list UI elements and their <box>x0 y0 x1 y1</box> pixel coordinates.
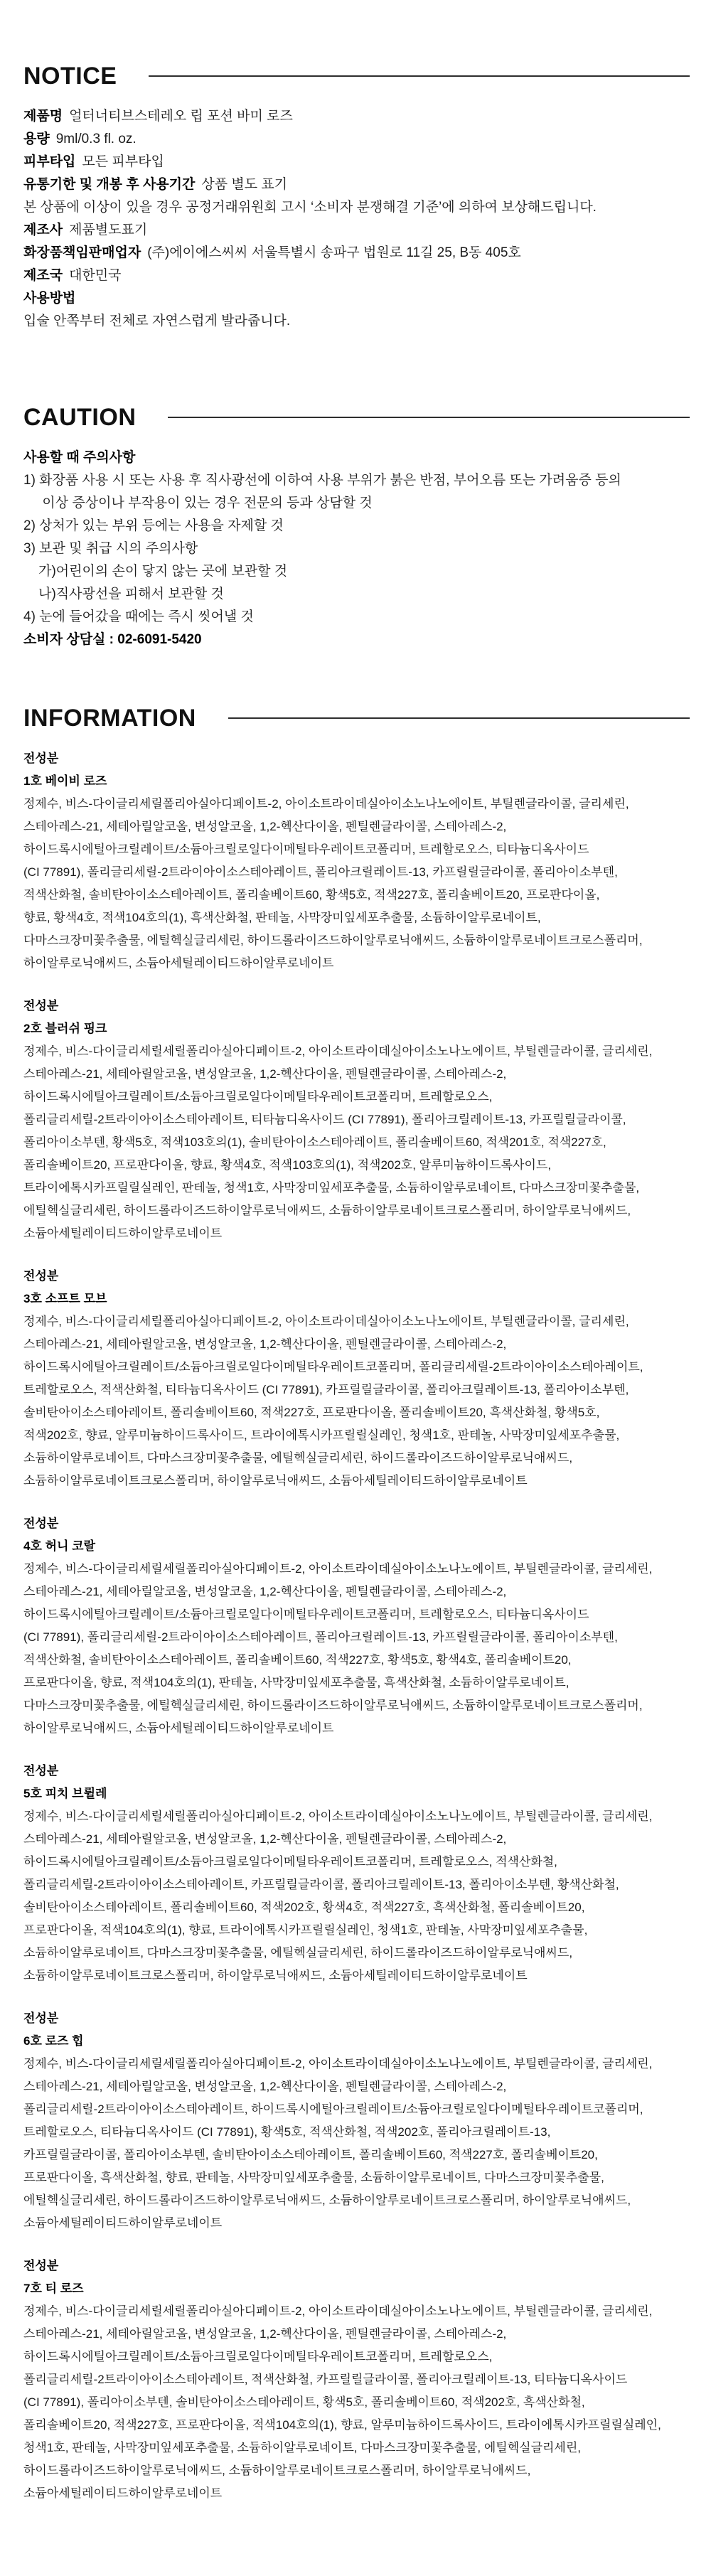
text-line: 정제수, 비스-다이글리세릴세릴폴리아실아디페이트-2, 아이소트라이데실아이소… <box>23 1805 690 1828</box>
notice-field: 유통기한 및 개봉 후 사용기간상품 별도 표기 <box>23 173 690 196</box>
text-line: 하이알루로닉애씨드, 소듐아세틸레이티드하이알루로네이트 <box>23 1717 690 1740</box>
field-label: 용량 <box>23 132 50 146</box>
text-line: 하이드록시에틸아크릴레이트/소듐아크릴로일다이메틸타우레이트코폴리머, 트레할로… <box>23 2346 690 2368</box>
text-line: 하이알루로닉애씨드, 소듐아세틸레이티드하이알루로네이트 <box>23 952 690 975</box>
ingredients-block: 전성분 2호 블러쉬 핑크 정제수, 비스-다이글리세릴세릴폴리아실아디페이트-… <box>23 995 690 1245</box>
caution-header: CAUTION <box>23 404 690 431</box>
text-line: 적색산화철, 솔비탄아이소스테아레이트, 폴리솔베이트60, 적색227호, 황… <box>23 1649 690 1672</box>
text-line: 소듐하이알루로네이트크로스폴리머, 하이알루로닉애씨드, 소듐아세틸레이티드하이… <box>23 1470 690 1492</box>
field-label: 제품명 <box>23 109 63 124</box>
text-line: 트레할로오스, 적색산화철, 티타늄디옥사이드 (CI 77891), 카프릴릴… <box>23 1379 690 1401</box>
caution-section: CAUTION 사용할 때 주의사항 1) 화장품 사용 시 또는 사용 후 직… <box>23 404 690 651</box>
ingredients-block: 전성분 7호 티 로즈 정제수, 비스-다이글리세릴세릴폴리아실아디페이트-2,… <box>23 2255 690 2505</box>
ingredients-block: 전성분 3호 소프트 모브 정제수, 비스-다이글리세릴폴리아실아디페이트-2,… <box>23 1265 690 1492</box>
text-line: 3) 보관 및 취급 시의 주의사항 <box>23 538 690 560</box>
text-line: 하이드록시에틸아크릴레이트/소듐아크릴로일다이메틸타우레이트코폴리머, 트레할로… <box>23 1086 690 1108</box>
text-line: 나)직사광선을 피해서 보관할 것 <box>23 583 690 606</box>
ingredients-subtitle: 전성분 <box>23 1265 690 1288</box>
field-value: 모든 피부타입 <box>82 154 164 169</box>
product-shade-name: 1호 베이비 로즈 <box>23 770 690 793</box>
notice-field: 제품명얼터너티브스테레오 립 포션 바미 로즈 <box>23 105 690 128</box>
text-line: 폴리글리세릴-2트라이아이소스테아레이트, 하이드록시에틸아크릴레이트/소듐아크… <box>23 2098 690 2121</box>
ingredients-text: 정제수, 비스-다이글리세릴세릴폴리아실아디페이트-2, 아이소트라이데실아이소… <box>23 1805 690 1987</box>
text-line: 정제수, 비스-다이글리세릴세릴폴리아실아디페이트-2, 아이소트라이데실아이소… <box>23 1040 690 1063</box>
text-line: 소듐하이알루로네이트, 다마스크장미꽃추출물, 에틸헥실글리세린, 하이드롤라이… <box>23 1447 690 1470</box>
ingredients-subtitle: 전성분 <box>23 1512 690 1535</box>
field-label: 제조국 <box>23 268 63 283</box>
information-section: INFORMATION 전성분 1호 베이비 로즈 정제수, 비스-다이글리세릴… <box>23 705 690 2505</box>
text-line: 하이드록시에틸아크릴레이트/소듐아크릴로일다이메틸타우레이트코폴리머, 폴리글리… <box>23 1356 690 1379</box>
text-line: 카프릴릴글라이콜, 폴리아이소부텐, 솔비탄아이소스테아레이트, 폴리솔베이트6… <box>23 2144 690 2166</box>
text-line: 폴리아이소부텐, 황색5호, 적색103호의(1), 솔비탄아이소스테아레이트,… <box>23 1131 690 1154</box>
text-line: 가)어린이의 손이 닿지 않는 곳에 보관할 것 <box>23 560 690 583</box>
text-line: (CI 77891), 폴리글리세릴-2트라이아이소스테아레이트, 폴리아크릴레… <box>23 1626 690 1649</box>
heading-rule <box>149 75 690 77</box>
text-line: 프로판다이올, 적색104호의(1), 향료, 트라이에톡시카프릴릴실레인, 청… <box>23 1919 690 1942</box>
text-line: 하이드록시에틸아크릴레이트/소듐아크릴로일다이메틸타우레이트코폴리머, 트레할로… <box>23 1851 690 1874</box>
notice-heading: NOTICE <box>23 63 117 90</box>
field-value: 본 상품에 이상이 있을 경우 공정거래위원회 고시 ‘소비자 분쟁해결 기준’… <box>23 200 597 215</box>
text-line: 하이드롤라이즈드하이알루로닉애씨드, 소듐하이알루로네이트크로스폴리머, 하이알… <box>23 2459 690 2482</box>
field-value: 제품별도표기 <box>69 223 147 237</box>
text-line: 청색1호, 판테놀, 사막장미잎세포추출물, 소듐하이알루로네이트, 다마스크장… <box>23 2437 690 2459</box>
text-line: 소듐아세틸레이티드하이알루로네이트 <box>23 2482 690 2505</box>
text-line: 정제수, 비스-다이글리세릴세릴폴리아실아디페이트-2, 아이소트라이데실아이소… <box>23 2300 690 2323</box>
ingredients-text: 정제수, 비스-다이글리세릴세릴폴리아실아디페이트-2, 아이소트라이데실아이소… <box>23 1558 690 1740</box>
field-value: 입술 안쪽부터 전체로 자연스럽게 발라줍니다. <box>23 314 290 328</box>
product-shade-name: 7호 티 로즈 <box>23 2277 690 2300</box>
ingredients-subtitle: 전성분 <box>23 2255 690 2277</box>
ingredients-text: 정제수, 비스-다이글리세릴폴리아실아디페이트-2, 아이소트라이데실아이소노나… <box>23 793 690 975</box>
field-value: 얼터너티브스테레오 립 포션 바미 로즈 <box>69 109 293 124</box>
text-line: 폴리글리세릴-2트라이아이소스테아레이트, 티타늄디옥사이드 (CI 77891… <box>23 1108 690 1131</box>
text-line: 이상 증상이나 부작용이 있는 경우 전문의 등과 상담할 것 <box>23 492 690 515</box>
text-line: 프로판다이올, 흑색산화철, 향료, 판테놀, 사막장미잎세포추출물, 소듐하이… <box>23 2166 690 2189</box>
product-shade-name: 5호 피치 브륄레 <box>23 1783 690 1805</box>
notice-header: NOTICE <box>23 63 690 90</box>
text-line: 솔비탄아이소스테아레이트, 폴리솔베이트60, 적색227호, 프로판다이올, … <box>23 1401 690 1424</box>
field-label: 유통기한 및 개봉 후 사용기간 <box>23 177 195 192</box>
text-line: 프로판다이올, 향료, 적색104호의(1), 판테놀, 사막장미잎세포추출물,… <box>23 1672 690 1694</box>
text-line: 소듐아세틸레이티드하이알루로네이트 <box>23 1222 690 1245</box>
text-line: 스테아레스-21, 세테아릴알코올, 변성알코올, 1,2-헥산다이올, 펜틸렌… <box>23 2323 690 2346</box>
ingredients-subtitle: 전성분 <box>23 995 690 1017</box>
text-line: 소듐아세틸레이티드하이알루로네이트 <box>23 2212 690 2235</box>
text-line: (CI 77891), 폴리글리세릴-2트라이아이소스테아레이트, 폴리아크릴레… <box>23 861 690 884</box>
text-line: 스테아레스-21, 세테아릴알코올, 변성알코올, 1,2-헥산다이올, 펜틸렌… <box>23 2075 690 2098</box>
text-line: 폴리글리세릴-2트라이아이소스테아레이트, 카프릴릴글라이콜, 폴리아크릴레이트… <box>23 1874 690 1896</box>
caution-lines: 1) 화장품 사용 시 또는 사용 후 직사광선에 이하여 사용 부위가 붉은 … <box>23 469 690 629</box>
text-line: 2) 상처가 있는 부위 등에는 사용을 자제할 것 <box>23 515 690 538</box>
product-shade-name: 3호 소프트 모브 <box>23 1288 690 1310</box>
ingredients-block: 전성분 1호 베이비 로즈 정제수, 비스-다이글리세릴폴리아실아디페이트-2,… <box>23 747 690 975</box>
text-line: 폴리솔베이트20, 적색227호, 프로판다이올, 적색104호의(1), 향료… <box>23 2414 690 2437</box>
ingredients-text: 정제수, 비스-다이글리세릴폴리아실아디페이트-2, 아이소트라이데실아이소노나… <box>23 1310 690 1492</box>
text-line: 트레할로오스, 티타늄디옥사이드 (CI 77891), 황색5호, 적색산화철… <box>23 2121 690 2144</box>
text-line: 향료, 황색4호, 적색104호의(1), 흑색산화철, 판테놀, 사막장미잎세… <box>23 907 690 929</box>
text-line: 트라이에톡시카프릴릴실레인, 판테놀, 청색1호, 사막장미잎세포추출물, 소듐… <box>23 1177 690 1199</box>
field-label: 화장품책임판매업자 <box>23 245 141 260</box>
text-line: 스테아레스-21, 세테아릴알코올, 변성알코올, 1,2-헥산다이올, 펜틸렌… <box>23 1828 690 1851</box>
field-label: 사용방법 <box>23 291 75 306</box>
ingredients-text: 정제수, 비스-다이글리세릴세릴폴리아실아디페이트-2, 아이소트라이데실아이소… <box>23 2053 690 2235</box>
text-line: 다마스크장미꽃추출물, 에틸헥실글리세린, 하이드롤라이즈드하이알루로닉애씨드,… <box>23 1694 690 1717</box>
product-shade-name: 4호 허니 코랄 <box>23 1535 690 1558</box>
text-line: 소듐하이알루로네이트크로스폴리머, 하이알루로닉애씨드, 소듐아세틸레이티드하이… <box>23 1965 690 1987</box>
text-line: 정제수, 비스-다이글리세릴세릴폴리아실아디페이트-2, 아이소트라이데실아이소… <box>23 1558 690 1581</box>
field-value: 상품 별도 표기 <box>201 177 287 192</box>
notice-field: 제조사제품별도표기 <box>23 219 690 242</box>
notice-field: 입술 안쪽부터 전체로 자연스럽게 발라줍니다. <box>23 310 690 333</box>
ingredients-text: 정제수, 비스-다이글리세릴세릴폴리아실아디페이트-2, 아이소트라이데실아이소… <box>23 2300 690 2505</box>
text-line: 적색산화철, 솔비탄아이소스테아레이트, 폴리솔베이트60, 황색5호, 적색2… <box>23 884 690 907</box>
text-line: 스테아레스-21, 세테아릴알코올, 변성알코올, 1,2-헥산다이올, 펜틸렌… <box>23 1063 690 1086</box>
text-line: 4) 눈에 들어갔을 때에는 즉시 씻어낼 것 <box>23 606 690 629</box>
notice-field: 용량9ml/0.3 fl. oz. <box>23 128 690 151</box>
information-heading: INFORMATION <box>23 705 196 732</box>
text-line: 솔비탄아이소스테아레이트, 폴리솔베이트60, 적색202호, 황색4호, 적색… <box>23 1896 690 1919</box>
notice-field: 본 상품에 이상이 있을 경우 공정거래위원회 고시 ‘소비자 분쟁해결 기준’… <box>23 196 690 219</box>
text-line: 스테아레스-21, 세테아릴알코올, 변성알코올, 1,2-헥산다이올, 펜틸렌… <box>23 1333 690 1356</box>
product-shade-name: 6호 로즈 힙 <box>23 2030 690 2053</box>
notice-field: 화장품책임판매업자(주)에이에스씨씨 서울특별시 송파구 법원로 11길 25,… <box>23 242 690 264</box>
text-line: 정제수, 비스-다이글리세릴폴리아실아디페이트-2, 아이소트라이데실아이소노나… <box>23 793 690 816</box>
field-label: 피부타입 <box>23 154 75 169</box>
ingredients-subtitle: 전성분 <box>23 747 690 770</box>
text-line: 하이드록시에틸아크릴레이트/소듐아크릴로일다이메틸타우레이트코폴리머, 트레할로… <box>23 838 690 861</box>
customer-service-phone: 소비자 상담실 : 02-6091-5420 <box>23 629 690 651</box>
text-line: 하이드록시에틸아크릴레이트/소듐아크릴로일다이메틸타우레이트코폴리머, 트레할로… <box>23 1603 690 1626</box>
notice-field: 제조국대한민국 <box>23 264 690 287</box>
heading-rule <box>168 417 690 418</box>
text-line: (CI 77891), 폴리아이소부텐, 솔비탄아이소스테아레이트, 황색5호,… <box>23 2391 690 2414</box>
heading-rule <box>228 717 690 719</box>
field-value: 대한민국 <box>69 268 121 283</box>
product-info-page: NOTICE 제품명얼터너티브스테레오 립 포션 바미 로즈 용량9ml/0.3… <box>0 0 711 2576</box>
text-line: 다마스크장미꽃추출물, 에틸헥실글리세린, 하이드롤라이즈드하이알루로닉애씨드,… <box>23 929 690 952</box>
ingredients-block: 전성분 5호 피치 브륄레 정제수, 비스-다이글리세릴세릴폴리아실아디페이트-… <box>23 1760 690 1987</box>
text-line: 1) 화장품 사용 시 또는 사용 후 직사광선에 이하여 사용 부위가 붉은 … <box>23 469 690 492</box>
field-value: (주)에이에스씨씨 서울특별시 송파구 법원로 11길 25, B동 405호 <box>147 245 521 260</box>
information-header: INFORMATION <box>23 705 690 732</box>
notice-field: 사용방법 <box>23 287 690 310</box>
text-line: 폴리글리세릴-2트라이아이소스테아레이트, 적색산화철, 카프릴릴글라이콜, 폴… <box>23 2368 690 2391</box>
text-line: 폴리솔베이트20, 프로판다이올, 향료, 황색4호, 적색103호의(1), … <box>23 1154 690 1177</box>
text-line: 스테아레스-21, 세테아릴알코올, 변성알코올, 1,2-헥산다이올, 펜틸렌… <box>23 1581 690 1603</box>
text-line: 소듐하이알루로네이트, 다마스크장미꽃추출물, 에틸헥실글리세린, 하이드롤라이… <box>23 1942 690 1965</box>
text-line: 에틸헥실글리세린, 하이드롤라이즈드하이알루로닉애씨드, 소듐하이알루로네이트크… <box>23 2189 690 2212</box>
notice-field: 피부타입모든 피부타입 <box>23 151 690 173</box>
ingredients-block: 전성분 4호 허니 코랄 정제수, 비스-다이글리세릴세릴폴리아실아디페이트-2… <box>23 1512 690 1740</box>
caution-subtitle: 사용할 때 주의사항 <box>23 447 690 469</box>
field-value: 9ml/0.3 fl. oz. <box>56 132 137 146</box>
ingredients-text: 정제수, 비스-다이글리세릴세릴폴리아실아디페이트-2, 아이소트라이데실아이소… <box>23 1040 690 1245</box>
text-line: 스테아레스-21, 세테아릴알코올, 변성알코올, 1,2-헥산다이올, 펜틸렌… <box>23 816 690 838</box>
text-line: 정제수, 비스-다이글리세릴폴리아실아디페이트-2, 아이소트라이데실아이소노나… <box>23 1310 690 1333</box>
caution-heading: CAUTION <box>23 404 136 431</box>
text-line: 에틸헥실글리세린, 하이드롤라이즈드하이알루로닉애씨드, 소듐하이알루로네이트크… <box>23 1199 690 1222</box>
text-line: 정제수, 비스-다이글리세릴세릴폴리아실아디페이트-2, 아이소트라이데실아이소… <box>23 2053 690 2075</box>
field-label: 제조사 <box>23 223 63 237</box>
notice-section: NOTICE 제품명얼터너티브스테레오 립 포션 바미 로즈 용량9ml/0.3… <box>23 63 690 333</box>
ingredients-subtitle: 전성분 <box>23 1760 690 1783</box>
ingredients-subtitle: 전성분 <box>23 2007 690 2030</box>
text-line: 적색202호, 향료, 알루미늄하이드록사이드, 트라이에톡시카프릴릴실레인, … <box>23 1424 690 1447</box>
ingredients-block: 전성분 6호 로즈 힙 정제수, 비스-다이글리세릴세릴폴리아실아디페이트-2,… <box>23 2007 690 2235</box>
product-shade-name: 2호 블러쉬 핑크 <box>23 1017 690 1040</box>
